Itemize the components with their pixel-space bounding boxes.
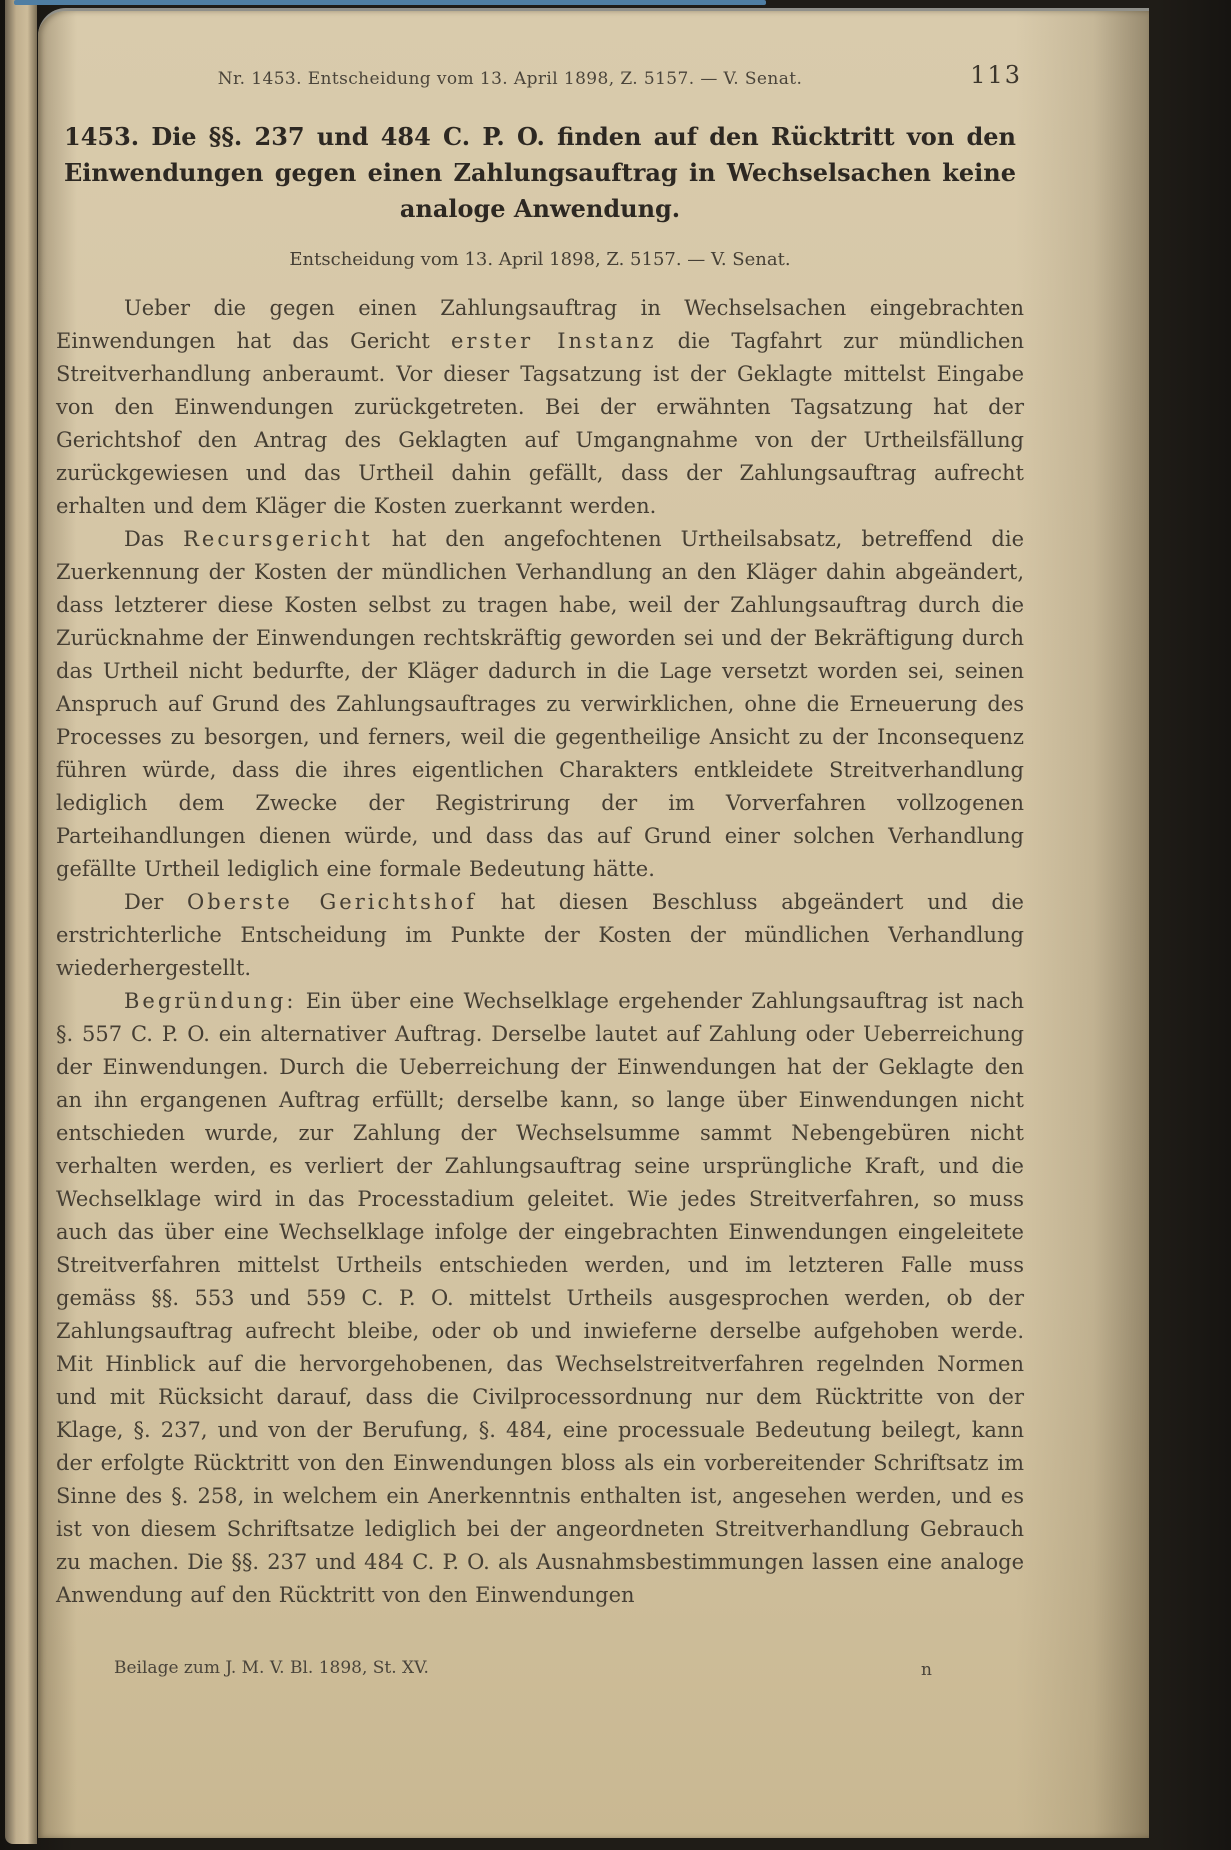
decision-headnote: 1453. Die §§. 237 und 484 C. P. O. finde…: [64, 119, 1016, 227]
scanned-book-page: Nr. 1453. Entscheidung vom 13. April 189…: [0, 0, 1231, 1850]
page-number: 113: [970, 61, 1022, 89]
body-text-segment: hat den angefochtenen Urtheilsabsatz, be…: [56, 527, 1024, 881]
signature-mark: n: [921, 1660, 932, 1680]
paragraph: Begründung: Ein über eine Wechselklage e…: [56, 985, 1024, 1612]
running-head-text: Nr. 1453. Entscheidung vom 13. April 189…: [56, 69, 1024, 89]
body-text-segment: Ein über eine Wechselklage ergehender Za…: [56, 989, 1024, 1607]
decision-body: Ueber die gegen einen Zahlungsauftrag in…: [56, 292, 1024, 1612]
paragraph: Der Oberste Gerichtshof hat diesen Besch…: [56, 886, 1024, 985]
emphasized-text: Recursgericht: [183, 527, 373, 551]
running-head: Nr. 1453. Entscheidung vom 13. April 189…: [56, 69, 1024, 99]
paragraph: Ueber die gegen einen Zahlungsauftrag in…: [56, 292, 1024, 523]
text-column: Nr. 1453. Entscheidung vom 13. April 189…: [56, 11, 1024, 1838]
paragraph: Das Recursgericht hat den angefochtenen …: [56, 523, 1024, 886]
scan-top-line: [14, 0, 766, 5]
decision-reference: Entscheidung vom 13. April 1898, Z. 5157…: [56, 249, 1024, 270]
body-text-segment: die Tagfahrt zur mündlichen Streitverhan…: [56, 329, 1024, 518]
emphasized-text: Oberste Gerichtshof: [187, 890, 477, 914]
body-text-segment: Der: [124, 890, 187, 914]
emphasized-text: erster Instanz: [451, 329, 656, 353]
footer-imprint: Beilage zum J. M. V. Bl. 1898, St. XV.: [114, 1658, 429, 1678]
paper: Nr. 1453. Entscheidung vom 13. April 189…: [38, 8, 1149, 1838]
emphasized-text: Begründung:: [124, 989, 296, 1013]
body-text-segment: Das: [124, 527, 183, 551]
book-page-edge: [5, 0, 37, 1844]
